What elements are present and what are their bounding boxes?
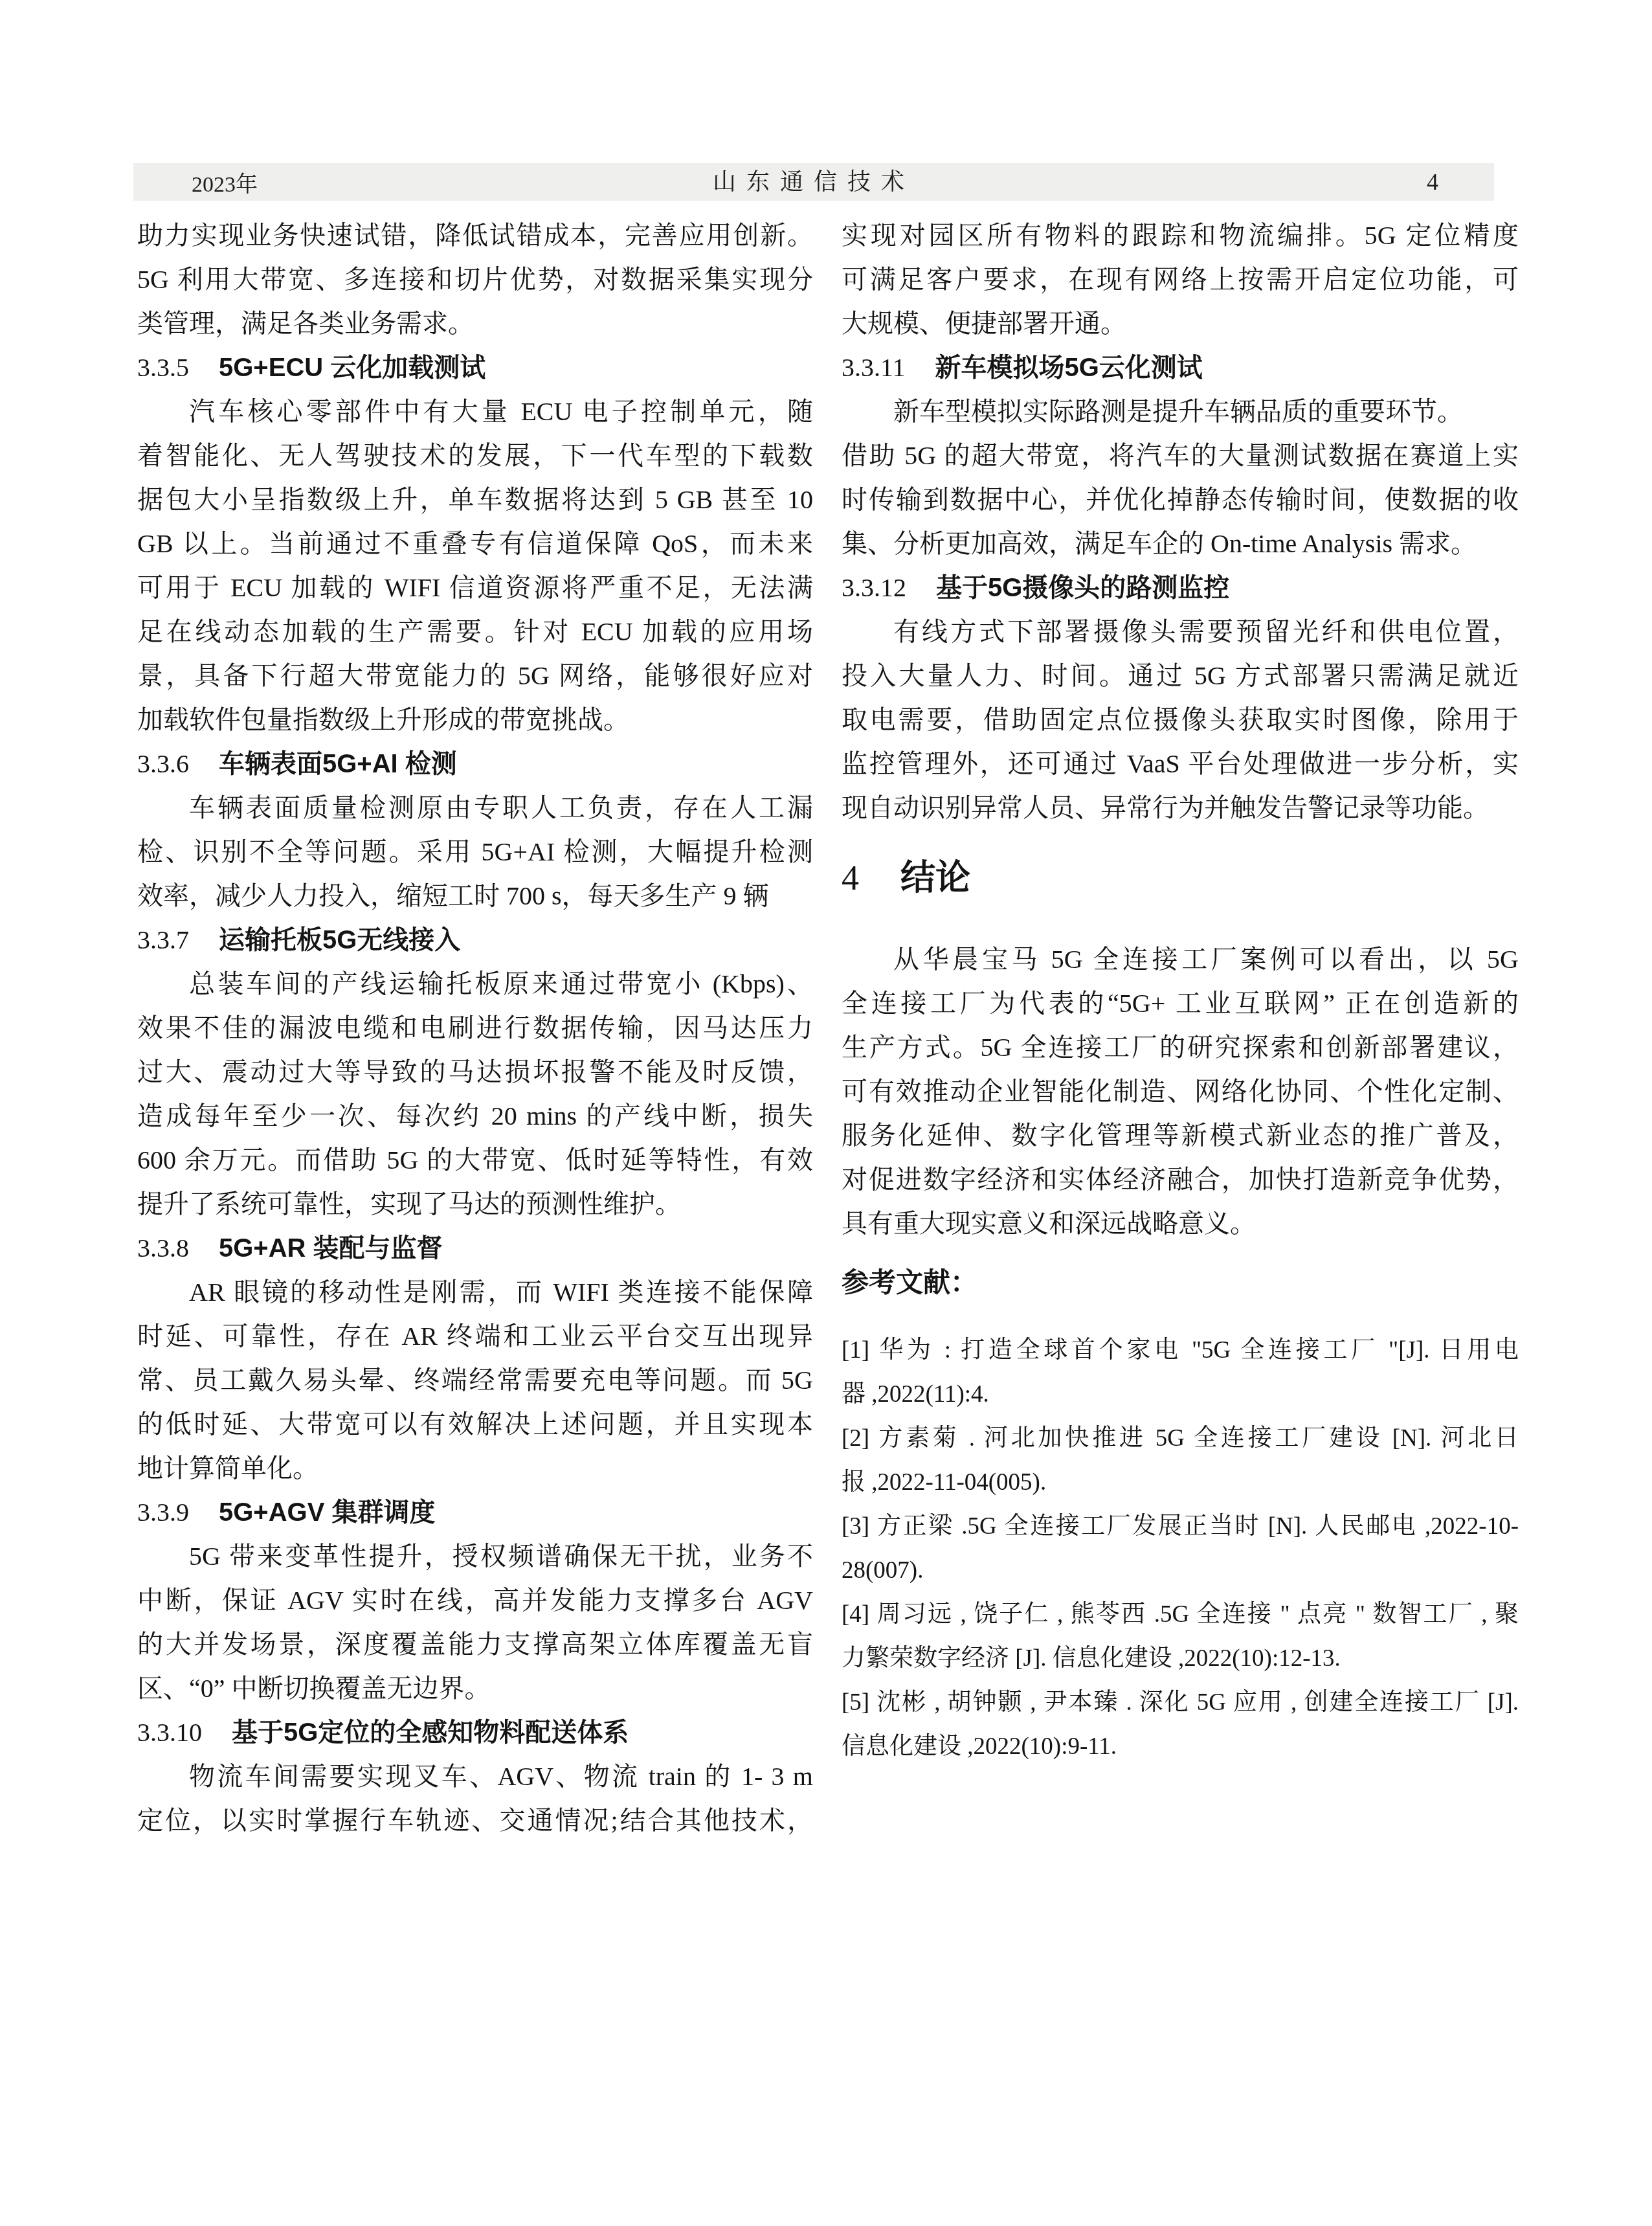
heading-title: 5G+ECU 云化加载测试	[219, 354, 486, 382]
reference-line: 器 ,2022(11):4.	[842, 1373, 1519, 1417]
heading-title: 5G+AGV 集群调度	[219, 1498, 436, 1527]
text-line: 有线方式下部署摄像头需要预留光纤和供电位置，	[842, 610, 1519, 654]
heading-title: 车辆表面5G+AI 检测	[219, 750, 457, 778]
text-line: 检、识别不全等问题。采用 5G+AI 检测，大幅提升检测	[137, 830, 813, 874]
text-line: 可满足客户要求，在现有网络上按需开启定位功能，可	[842, 258, 1519, 302]
text-line: 物流车间需要实现叉车、AGV、物流 train 的 1- 3 m	[137, 1755, 813, 1799]
text-line: 时延、可靠性，存在 AR 终端和工业云平台交互出现异	[137, 1314, 813, 1358]
text-line: 提升了系统可靠性，实现了马达的预测性维护。	[137, 1182, 813, 1226]
text-line: 过大、震动过大等导致的马达损坏报警不能及时反馈，	[137, 1050, 813, 1094]
section-heading-3-3-12: 3.3.12基于5G摄像头的路测监控	[842, 566, 1519, 610]
section-heading-3-3-8: 3.3.85G+AR 装配与监督	[137, 1226, 813, 1270]
text-line: 投入大量人力、时间。通过 5G 方式部署只需满足就近	[842, 654, 1519, 698]
text-line: AR 眼镜的移动性是刚需，而 WIFI 类连接不能保障	[137, 1270, 813, 1314]
text-line: 大规模、便捷部署开通。	[842, 302, 1519, 346]
section-heading-3-3-6: 3.3.6车辆表面5G+AI 检测	[137, 742, 813, 786]
heading-title: 5G+AR 装配与监督	[219, 1234, 443, 1263]
reference-line: [1] 华为 : 打造全球首个家电 "5G 全连接工厂 "[J]. 日用电	[842, 1329, 1519, 1373]
text-line: 集、分析更加高效，满足车企的 On-time Analysis 需求。	[842, 522, 1519, 566]
text-line: 着智能化、无人驾驶技术的发展，下一代车型的下载数	[137, 434, 813, 478]
text-line: 景，具备下行超大带宽能力的 5G 网络，能够很好应对	[137, 654, 813, 698]
reference-line: [4] 周习远 , 饶子仁 , 熊苓西 .5G 全连接 " 点亮 " 数智工厂 …	[842, 1593, 1519, 1637]
heading-number: 3.3.8	[137, 1233, 189, 1263]
section-heading-conclusion: 4结论	[842, 848, 1519, 908]
text-line: 借助 5G 的超大带宽，将汽车的大量测试数据在赛道上实	[842, 434, 1519, 478]
text-line: 中断，保证 AGV 实时在线，高并发能力支撑多台 AGV	[137, 1579, 813, 1623]
text-line: 造成每年至少一次、每次约 20 mins 的产线中断，损失	[137, 1094, 813, 1138]
heading-number: 3.3.11	[842, 353, 906, 382]
section-heading-3-3-5: 3.3.55G+ECU 云化加载测试	[137, 346, 813, 390]
reference-line: [5] 沈彬 , 胡钟颢 , 尹本臻 . 深化 5G 应用 , 创建全连接工厂 …	[842, 1681, 1519, 1725]
text-line: 效果不佳的漏波电缆和电刷进行数据传输，因马达压力	[137, 1006, 813, 1050]
text-line: 现自动识别异常人员、异常行为并触发告警记录等功能。	[842, 786, 1519, 830]
text-line: 5G 利用大带宽、多连接和切片优势，对数据采集实现分	[137, 258, 813, 302]
section-heading-3-3-7: 3.3.7运输托板5G无线接入	[137, 918, 813, 962]
heading-title: 结论	[900, 859, 970, 897]
text-line: 常、员工戴久易头晕、终端经常需要充电等问题。而 5G	[137, 1358, 813, 1402]
text-line: 取电需要，借助固定点位摄像头获取实时图像，除用于	[842, 698, 1519, 742]
reference-line: 报 ,2022-11-04(005).	[842, 1461, 1519, 1505]
text-line: 生产方式。5G 全连接工厂的研究探索和创新部署建议，	[842, 1026, 1519, 1070]
text-line: 服务化延伸、数字化管理等新模式新业态的推广普及，	[842, 1114, 1519, 1158]
reference-line: [2] 方素菊 . 河北加快推进 5G 全连接工厂建设 [N]. 河北日	[842, 1417, 1519, 1461]
text-line: GB 以上。当前通过不重叠专有信道保障 QoS，而未来	[137, 522, 813, 566]
left-column: 助力实现业务快速试错，降低试错成本，完善应用创新。 5G 利用大带宽、多连接和切…	[137, 214, 813, 1843]
text-line: 全连接工厂为代表的“5G+ 工业互联网” 正在创造新的	[842, 982, 1519, 1026]
text-line: 地计算简单化。	[137, 1446, 813, 1490]
text-line: 加载软件包量指数级上升形成的带宽挑战。	[137, 698, 813, 742]
references-heading: 参考文献：	[842, 1266, 1519, 1299]
text-line: 具有重大现实意义和深远战略意义。	[842, 1202, 1519, 1246]
text-line: 实现对园区所有物料的跟踪和物流编排。5G 定位精度	[842, 214, 1519, 258]
text-line: 可用于 ECU 加载的 WIFI 信道资源将严重不足，无法满	[137, 566, 813, 610]
header-year: 2023年	[192, 166, 258, 198]
heading-number: 3.3.12	[842, 573, 906, 602]
heading-number: 3.3.6	[137, 749, 189, 778]
text-line: 总装车间的产线运输托板原来通过带宽小 (Kbps)、	[137, 962, 813, 1006]
text-line: 足在线动态加载的生产需要。针对 ECU 加载的应用场	[137, 610, 813, 654]
text-line: 车辆表面质量检测原由专职人工负责，存在人工漏	[137, 786, 813, 830]
reference-line: 力繁荣数字经济 [J]. 信息化建设 ,2022(10):12-13.	[842, 1637, 1519, 1681]
text-line: 时传输到数据中心，并优化掉静态传输时间，使数据的收	[842, 478, 1519, 522]
text-line: 从华晨宝马 5G 全连接工厂案例可以看出，以 5G	[842, 938, 1519, 982]
text-line: 据包大小呈指数级上升，单车数据将达到 5 GB 甚至 10	[137, 478, 813, 522]
section-heading-3-3-9: 3.3.95G+AGV 集群调度	[137, 1490, 813, 1535]
text-line: 600 余万元。而借助 5G 的大带宽、低时延等特性，有效	[137, 1138, 813, 1182]
text-line: 类管理，满足各类业务需求。	[137, 302, 813, 346]
heading-number: 3.3.7	[137, 925, 189, 954]
section-heading-3-3-11: 3.3.11新车模拟场5G云化测试	[842, 346, 1519, 390]
text-line: 5G 带来变革性提升，授权频谱确保无干扰，业务不	[137, 1535, 813, 1579]
heading-title: 基于5G摄像头的路测监控	[936, 574, 1229, 602]
text-line: 的低时延、大带宽可以有效解决上述问题，并且实现本	[137, 1402, 813, 1446]
reference-line: [3] 方正梁 .5G 全连接工厂发展正当时 [N]. 人民邮电 ,2022-1…	[842, 1505, 1519, 1549]
text-line: 新车型模拟实际路测是提升车辆品质的重要环节。	[842, 390, 1519, 434]
text-line: 定位，以实时掌握行车轨迹、交通情况;结合其他技术，	[137, 1799, 813, 1843]
heading-number: 3.3.5	[137, 353, 189, 382]
text-line: 汽车核心零部件中有大量 ECU 电子控制单元，随	[137, 390, 813, 434]
text-line: 监控管理外，还可通过 VaaS 平台处理做进一步分析，实	[842, 742, 1519, 786]
heading-title: 运输托板5G无线接入	[219, 926, 460, 954]
reference-line: 信息化建设 ,2022(10):9-11.	[842, 1725, 1519, 1769]
journal-title: 山东通信技术	[713, 163, 915, 201]
text-line: 效率，减少人力投入，缩短工时 700 s，每天多生产 9 辆车。	[137, 874, 813, 918]
heading-number: 3.3.10	[137, 1718, 202, 1747]
page-number: 4	[1427, 168, 1438, 196]
heading-title: 新车模拟场5G云化测试	[935, 354, 1203, 382]
journal-page: 2023年 山东通信技术 4 助力实现业务快速试错，降低试错成本，完善应用创新。…	[0, 0, 1652, 2226]
right-column: 实现对园区所有物料的跟踪和物流编排。5G 定位精度 可满足客户要求，在现有网络上…	[842, 214, 1519, 1769]
section-heading-3-3-10: 3.3.10基于5G定位的全感知物料配送体系	[137, 1711, 813, 1755]
heading-number: 3.3.9	[137, 1498, 189, 1527]
text-line: 区、“0” 中断切换覆盖无边界。	[137, 1667, 813, 1711]
reference-line: 28(007).	[842, 1549, 1519, 1593]
text-line: 对促进数字经济和实体经济融合，加快打造新竞争优势，	[842, 1158, 1519, 1202]
text-line: 助力实现业务快速试错，降低试错成本，完善应用创新。	[137, 214, 813, 258]
text-line: 可有效推动企业智能化制造、网络化协同、个性化定制、	[842, 1070, 1519, 1114]
heading-number: 4	[842, 859, 859, 897]
text-line: 的大并发场景，深度覆盖能力支撑高架立体库覆盖无盲	[137, 1623, 813, 1667]
page-header: 2023年 山东通信技术 4	[133, 163, 1494, 201]
heading-title: 基于5G定位的全感知物料配送体系	[232, 1718, 629, 1747]
